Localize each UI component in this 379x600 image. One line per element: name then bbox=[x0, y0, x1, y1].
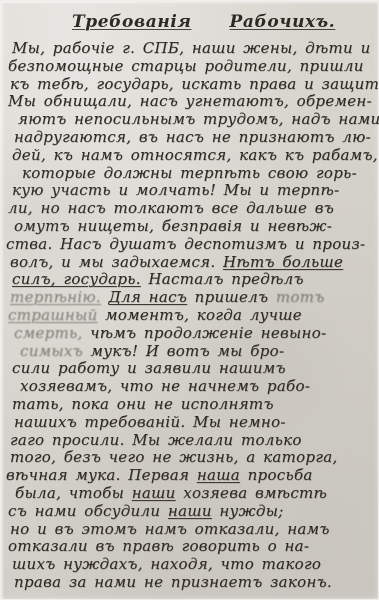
manuscript-line: нашихъ требованій. Мы немно- bbox=[0, 414, 379, 432]
manuscript-page: ТребованіяРабочихъ. Мы, рабочіе г. СПБ, … bbox=[0, 0, 379, 600]
manuscript-text-segment: Для насъ bbox=[109, 288, 188, 306]
manuscript-line: тать, пока они не исполнятъ bbox=[0, 396, 379, 414]
manuscript-text-segment: просьба bbox=[240, 466, 313, 484]
manuscript-text-segment: вѣчная мука. Первая bbox=[6, 466, 197, 484]
manuscript-text-segment: чѣмъ продолженіе невыно- bbox=[83, 324, 327, 342]
manuscript-text-segment: съ нами обсудили bbox=[8, 502, 168, 520]
manuscript-line: гаго просили. Мы желали только bbox=[0, 432, 379, 450]
manuscript-text-segment: гаго просили. Мы желали только bbox=[10, 431, 302, 449]
manuscript-text-segment: моментъ, когда лучше bbox=[98, 306, 302, 324]
manuscript-line: терпѣнію. Для насъ пришелъ тотъ bbox=[0, 289, 379, 307]
title-word: Требованія bbox=[72, 12, 192, 33]
manuscript-text-segment: ства. Насъ душатъ деспотизмъ и произ- bbox=[6, 235, 365, 253]
manuscript-text-segment: Насталъ предѣлъ bbox=[141, 270, 304, 288]
document-title: ТребованіяРабочихъ. bbox=[0, 0, 379, 37]
manuscript-line: того, безъ чего не жизнь, а каторга, bbox=[0, 449, 379, 467]
manuscript-text-segment: того, безъ чего не жизнь, а каторга, bbox=[10, 448, 338, 466]
manuscript-line: ли, но насъ толкаютъ все дальше въ bbox=[0, 200, 379, 218]
manuscript-text-segment: права за нами не признаетъ законъ. bbox=[14, 573, 332, 591]
manuscript-line: отказали въ правѣ говорить о на- bbox=[0, 538, 379, 556]
manuscript-text-segment: Мы, рабочіе г. СПБ, наши жены, дѣти и bbox=[12, 39, 371, 57]
manuscript-text-segment: терпѣнію. bbox=[10, 288, 101, 306]
manuscript-text-segment: силъ, государь. bbox=[12, 270, 141, 288]
manuscript-line: яютъ непосильнымъ трудомъ, надъ нами bbox=[0, 111, 379, 129]
manuscript-line: дей, къ намъ относятся, какъ къ рабамъ, bbox=[0, 147, 379, 165]
manuscript-text-segment: тотъ bbox=[276, 288, 325, 306]
manuscript-text-segment: безпомощные старцы родители, пришли bbox=[8, 57, 364, 75]
manuscript-text-segment: Мы обнищали, насъ угнетаютъ, обремен- bbox=[8, 92, 372, 110]
manuscript-text-segment: хозяевамъ, что не начнемъ рабо- bbox=[20, 377, 310, 395]
manuscript-text-segment: къ тебѣ, государь, искать права и защиты… bbox=[10, 75, 379, 93]
manuscript-line: къ тебѣ, государь, искать права и защиты… bbox=[0, 76, 379, 94]
manuscript-text-segment: нашихъ требованій. Мы немно- bbox=[14, 413, 286, 431]
title-word: Рабочихъ. bbox=[230, 12, 336, 33]
manuscript-line: которые должны терпѣть свою горь- bbox=[0, 165, 379, 183]
manuscript-line: страшный моментъ, когда лучше bbox=[0, 307, 379, 325]
manuscript-line: съ нами обсудили наши нужды; bbox=[0, 503, 379, 521]
manuscript-text-segment: дей, къ намъ относятся, какъ къ рабамъ, bbox=[12, 146, 378, 164]
manuscript-text-segment: страшный bbox=[8, 306, 98, 324]
manuscript-line: хозяевамъ, что не начнемъ рабо- bbox=[0, 378, 379, 396]
manuscript-text-segment: смерть, bbox=[14, 324, 83, 342]
manuscript-text-segment: была, чтобы bbox=[15, 484, 132, 502]
manuscript-text-segment bbox=[101, 288, 109, 306]
manuscript-line: Мы обнищали, насъ угнетаютъ, обремен- bbox=[0, 93, 379, 111]
manuscript-text-segment: мукъ! И вотъ мы бро- bbox=[83, 342, 284, 360]
manuscript-line: кую участь и молчать! Мы и терпѣ- bbox=[0, 182, 379, 200]
manuscript-line: ства. Насъ душатъ деспотизмъ и произ- bbox=[0, 236, 379, 254]
manuscript-text-segment: омутъ нищеты, безправія и невѣж- bbox=[14, 217, 332, 235]
manuscript-text-segment: наши bbox=[168, 502, 212, 520]
manuscript-line: омутъ нищеты, безправія и невѣж- bbox=[0, 218, 379, 236]
manuscript-text-segment: симыхъ bbox=[20, 342, 83, 360]
manuscript-line: права за нами не признаетъ законъ. bbox=[0, 574, 379, 592]
manuscript-text-segment: тать, пока они не исполнятъ bbox=[12, 395, 274, 413]
manuscript-line: безпомощные старцы родители, пришли bbox=[0, 58, 379, 76]
manuscript-line: Мы, рабочіе г. СПБ, наши жены, дѣти и bbox=[0, 40, 379, 58]
manuscript-text-segment: отказали въ правѣ говорить о на- bbox=[8, 537, 309, 555]
manuscript-text-segment: сили работу и заявили нашимъ bbox=[12, 359, 286, 377]
manuscript-line: шихъ нуждахъ, находя, что такого bbox=[0, 556, 379, 574]
manuscript-line: надругаются, въ насъ не признаютъ лю- bbox=[0, 129, 379, 147]
manuscript-text-segment: волъ, и мы задыхаемся. bbox=[10, 253, 223, 271]
manuscript-line: смерть, чѣмъ продолженіе невыно- bbox=[0, 325, 379, 343]
manuscript-text-segment: хозяева вмѣстѣ bbox=[176, 484, 327, 502]
manuscript-text-segment: пришелъ bbox=[187, 288, 276, 306]
manuscript-line: вѣчная мука. Первая наша просьба bbox=[0, 467, 379, 485]
manuscript-text-segment: кую участь и молчать! Мы и терпѣ- bbox=[12, 181, 339, 199]
manuscript-text-segment: но и въ этомъ намъ отказали, намъ bbox=[10, 520, 330, 538]
manuscript-body: Мы, рабочіе г. СПБ, наши жены, дѣти ибез… bbox=[0, 37, 379, 592]
manuscript-text-segment: шихъ нуждахъ, находя, что такого bbox=[12, 555, 321, 573]
manuscript-text-segment: яютъ непосильнымъ трудомъ, надъ нами bbox=[18, 110, 379, 128]
manuscript-text-segment: которые должны терпѣть свою горь- bbox=[22, 164, 357, 182]
manuscript-line: была, чтобы наши хозяева вмѣстѣ bbox=[0, 485, 379, 503]
manuscript-text-segment: наша bbox=[197, 466, 240, 484]
manuscript-line: но и въ этомъ намъ отказали, намъ bbox=[0, 521, 379, 539]
manuscript-text-segment: ли, но насъ толкаютъ все дальше въ bbox=[8, 199, 334, 217]
manuscript-text-segment: Нѣтъ больше bbox=[223, 253, 343, 271]
manuscript-text-segment: нужды; bbox=[212, 502, 284, 520]
manuscript-line: сили работу и заявили нашимъ bbox=[0, 360, 379, 378]
manuscript-line: силъ, государь. Насталъ предѣлъ bbox=[0, 271, 379, 289]
manuscript-line: симыхъ мукъ! И вотъ мы бро- bbox=[0, 343, 379, 361]
manuscript-text-segment: надругаются, въ насъ не признаютъ лю- bbox=[14, 128, 371, 146]
manuscript-text-segment: наши bbox=[132, 484, 176, 502]
manuscript-line: волъ, и мы задыхаемся. Нѣтъ больше bbox=[0, 254, 379, 272]
